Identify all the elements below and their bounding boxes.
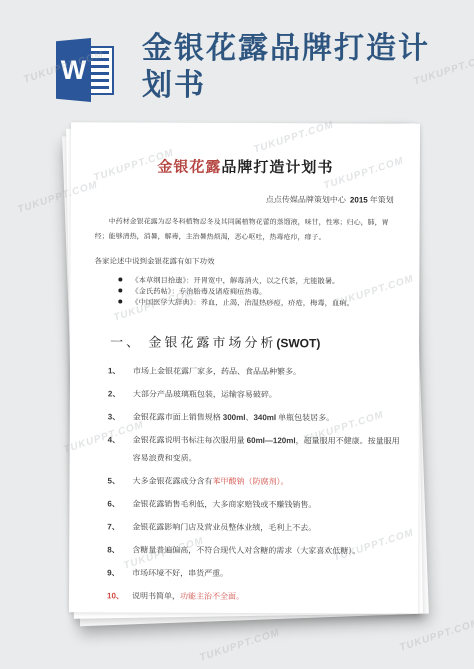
list-item: 1、市场上金银花露厂家多，药品、食品品种繁多。 (108, 362, 401, 381)
bullet-text: 《金氏药帖》：专治胎毒及诸疮痈疽热毒。 (131, 286, 266, 298)
lead-line: 各家论述中说到金银花露有如下功效 (94, 255, 419, 267)
bullet-dot-icon (118, 285, 131, 292)
watermark-text: TUKUPPT.COM (198, 627, 281, 663)
list-item: 6、金银花露销售毛利低，大多商家赔钱或不赚钱销售。 (107, 495, 400, 514)
list-item: 9、市场环境不好，串货严重。 (107, 564, 400, 583)
byline-year: 2015 (350, 195, 368, 204)
list-item-number: 10、 (107, 587, 132, 605)
document-page: 金银花露品牌打造计划书 点点传媒品牌策划中心 2015 年策划 中药材金银花露为… (69, 122, 420, 614)
list-item: 8、含糖量普遍偏高，不符合现代人对含糖的需求（大家喜欢低糖）。 (107, 541, 400, 560)
list-item-text: 金银花露销售毛利低，大多商家赔钱或不赚钱销售。 (132, 496, 400, 515)
list-item: 3、金银花露市面上销售规格 300ml、340ml 单瓶包装居多。 (108, 408, 401, 427)
watermark-text: TUKUPPT.COM (398, 617, 474, 653)
list-item-text: 市场上金银花露厂家多，药品、食品品种繁多。 (133, 363, 401, 382)
list-item-text: 金银花露说明书标注每次服用量 60ml—120ml，超量服用不健康。按量服用容易… (133, 432, 401, 469)
preview-header: W 金银花露品牌打造计划书 (56, 30, 442, 104)
list-item-text: 大多金银花露成分含有苯甲酸钠（防腐剂）。 (132, 473, 400, 492)
list-item-number: 1、 (108, 362, 133, 380)
bullet-item: 《中国医学大辞典》：养血，止渴，治温热痧痘，疥疮，梅毒，血痢。 (118, 296, 419, 308)
list-item-number: 7、 (107, 518, 132, 536)
list-item-number: 4、 (108, 431, 133, 467)
bullet-dot-icon (118, 274, 131, 281)
list-item-text: 含糖量普遍偏高，不符合现代人对含糖的需求（大家喜欢低糖）。 (132, 542, 400, 561)
list-item-text: 金银花露影响门店及营业员整体业绩，毛利上不去。 (132, 519, 400, 538)
byline-org: 点点传媒品牌策划中心 (266, 195, 346, 204)
section-heading: 一、 金银花露市场分析(SWOT) (110, 331, 419, 351)
list-item-text: 说明书简单，功能主治不全面。 (132, 588, 400, 607)
list-item-text: 大部分产品玻璃瓶包装，运输容易破碎。 (133, 386, 401, 405)
list-item-text: 金银花露市面上销售规格 300ml、340ml 单瓶包装居多。 (133, 409, 401, 428)
section-heading-cn: 一、 金银花露市场分析 (110, 334, 276, 350)
list-item-number: 6、 (107, 495, 132, 513)
list-item-number: 8、 (107, 541, 132, 559)
list-item-number: 9、 (107, 564, 132, 582)
document-title-red: 金银花露 (157, 160, 221, 176)
bullet-list: 《本草纲目拾遗》：开胃宽中，解毒消火，以之代茶，尤能散暑。《金氏药帖》：专治胎毒… (118, 274, 419, 308)
list-item: 4、金银花露说明书标注每次服用量 60ml—120ml，超量服用不健康。按量服用… (108, 431, 401, 468)
list-item-number: 2、 (108, 385, 133, 403)
bullet-text: 《中国医学大辞典》：养血，止渴，治温热痧痘，疥疮，梅毒，血痢。 (131, 297, 354, 309)
intro-paragraph: 中药材金银花露为忍冬科植物忍冬及其同属植物花蕾的蒸馏液，味甘，性寒；归心，肺，胃… (95, 214, 400, 245)
list-item: 10、说明书简单，功能主治不全面。 (107, 587, 400, 606)
document-title: 金银花露品牌打造计划书 (71, 155, 420, 178)
list-item-text: 市场环境不好，串货严重。 (132, 565, 400, 584)
numbered-list: 1、市场上金银花露厂家多，药品、食品品种繁多。2、大部分产品玻璃瓶包装，运输容易… (107, 362, 401, 606)
list-item-number: 3、 (108, 408, 133, 426)
byline-suffix: 年策划 (368, 196, 394, 205)
list-item-number: 5、 (107, 472, 132, 490)
list-item: 2、大部分产品玻璃瓶包装，运输容易破碎。 (108, 385, 401, 404)
bullet-dot-icon (118, 296, 131, 303)
list-item: 5、大多金银花露成分含有苯甲酸钠（防腐剂）。 (107, 472, 400, 491)
document-byline: 点点传媒品牌策划中心 2015 年策划 (71, 193, 420, 206)
word-icon: W (56, 38, 118, 102)
bullet-text: 《本草纲目拾遗》：开胃宽中，解毒消火，以之代茶，尤能散暑。 (131, 275, 339, 287)
document-title-black: 品牌打造计划书 (221, 160, 333, 176)
section-heading-swot: (SWOT) (276, 336, 320, 350)
list-item: 7、金银花露影响门店及营业员整体业绩，毛利上不去。 (107, 518, 400, 537)
word-icon-letter: W (56, 38, 91, 102)
preview-title: 金银花露品牌打造计划书 (142, 30, 442, 104)
